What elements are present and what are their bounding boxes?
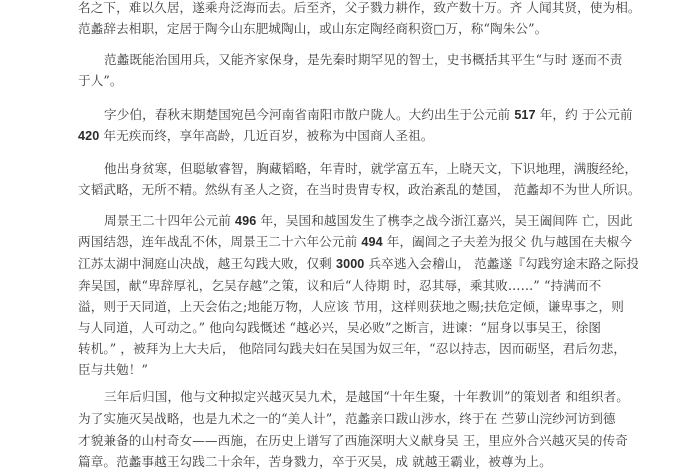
paragraph-5-line-7: 转机。” ，被拜为上大夫后， 他陪同勾践夫妇在吴国为奴三年，“忍以持志，因而砺坚… (78, 341, 638, 357)
paragraph-1-line-1: 名之下，难以久居，遂乘舟泛海而去。后至齐，父子戮力耕作，致产数十万。齐 人闻其贤… (78, 0, 638, 16)
paragraph-5-line-1: 周景王二十四年公元前 496 年，吴国和越国发生了槜李之战今浙江嘉兴，吴王阖闾阵… (78, 213, 638, 229)
paragraph-5-line-6: 与人同道，人可动之。” 他向勾践慨述 “越必兴，吴必败”之断言，进谏：“屈身以事… (78, 320, 638, 336)
paragraph-6-line-3: 才貌兼备的山村奇女——西施，在历史上谱写了西施深明大义献身吴 王，里应外合兴越灭… (78, 433, 638, 449)
number-text: 496 (235, 214, 256, 228)
paragraph-2-line-1: 范蠡既能治国用兵，又能齐家保身，是先秦时期罕见的智士，史书概括其平生“与时 逐而… (78, 52, 638, 68)
number-text: 420 (78, 129, 99, 143)
paragraph-2-line-2: 于人”。 (78, 73, 638, 89)
paragraph-6-line-2: 为了实施灭吴战略，也是九术之一的“美人计”，范蠡亲口跋山涉水，终于在 苎萝山浣纱… (78, 411, 638, 427)
paragraph-5-line-3: 江苏太湖中洞庭山决战，越王勾践大败，仅剩 3000 兵卒逃入会稽山， 范蠡遂『勾… (78, 256, 638, 272)
paragraph-5-line-4: 奔吴国，献“卑辞厚礼，乞吴存越”之策，议和后“人待期 时，忍其辱，乘其败……” … (78, 278, 638, 294)
paragraph-5-line-8: 臣与共勉！” (78, 362, 638, 378)
paragraph-3-line-1: 字少伯，春秋末期楚国宛邑今河南省南阳市散户陇人。大约出生于公元前 517 年，约… (78, 107, 638, 123)
number-text: 3000 (336, 257, 364, 271)
paragraph-4-line-1: 他出身贫寒，但聪敏睿智，胸藏韬略，年青时，就学富五车，上晓天文，下识地理，满腹经… (78, 161, 638, 177)
paragraph-5-line-2: 两国结怨，连年战乱不休，周景王二十六年公元前 494 年，阖闾之子夫差为报父 仇… (78, 234, 638, 250)
paragraph-5-line-5: 溢，则于天同道，上天会佑之;地能万物，人应该 节用，这样则获地之赐;扶危定倾，谦… (78, 299, 638, 315)
number-text: 517 (514, 108, 535, 122)
paragraph-6-line-4: 篇章。范蠡事越王勾践二十余年，苦身戮力，卒于灭吴，成 就越王霸业，被尊为上。 (78, 454, 638, 470)
paragraph-6-line-1: 三年后归国，他与文种拟定兴越灭吴九术，是越国“十年生聚，十年教训”的策划者 和组… (78, 389, 638, 405)
paragraph-1-line-2: 范蠡辞去相职，定居于陶今山东肥城陶山，或山东定陶经商积资□万，称“陶朱公”。 (78, 21, 638, 37)
paragraph-4-line-2: 文韬武略，无所不精。然纵有圣人之资，在当时贵胄专权，政治紊乱的楚国， 范蠡却不为… (78, 182, 638, 198)
paragraph-3-line-2: 420 年无疾而终，享年高龄，几近百岁，被称为中国商人圣祖。 (78, 128, 638, 144)
number-text: 494 (361, 235, 382, 249)
